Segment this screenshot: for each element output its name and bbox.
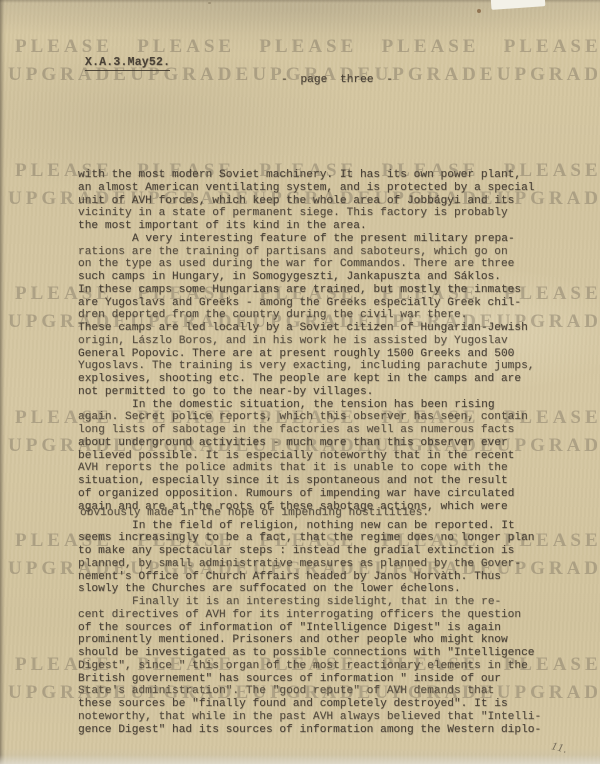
- text-line: planned, by small administrative measure…: [78, 558, 564, 571]
- text-line: British governement" has sources of info…: [78, 673, 564, 686]
- watermark-word: UPGRADE: [497, 64, 600, 86]
- text-line: rations are the training of partisans an…: [78, 246, 564, 259]
- paper-stain: [477, 9, 481, 13]
- text-line: nement's Office of Church Affairs headed…: [78, 571, 564, 584]
- document-reference: X.A.3.May52.: [85, 56, 170, 71]
- text-line: dren deported from the country during th…: [78, 309, 564, 322]
- watermark-word: PLEASE: [15, 36, 137, 58]
- text-line: explosives, shooting etc. The people are…: [78, 373, 564, 386]
- page-number-label: - page three -: [281, 74, 393, 86]
- text-line: on the type as used during the war for C…: [78, 258, 564, 271]
- text-line: not permitted to go to the near-by villa…: [78, 386, 564, 399]
- watermark-row: PLEASEPLEASEPLEASEPLEASEPLEASE: [15, 36, 600, 58]
- handwritten-annotation: 11.: [550, 741, 568, 756]
- text-line: the most important of its kind in the ar…: [78, 220, 564, 233]
- text-line: should be investigated as to possible co…: [78, 647, 564, 660]
- text-line: believed possible. It is especially note…: [78, 450, 564, 463]
- scanned-document-page: PLEASEPLEASEPLEASEPLEASEPLEASEUPGRADEUPG…: [0, 0, 600, 764]
- text-line: Finally it is an interesting sidelight, …: [78, 596, 564, 609]
- text-line: vicinity in a state of permanent siege. …: [78, 207, 564, 220]
- text-line: prominently mentioned. Prisoners and oth…: [78, 634, 564, 647]
- text-line: long lists of sabotage in the factories …: [78, 424, 564, 437]
- text-line: of organized opposition. Rumours of impe…: [78, 488, 564, 501]
- text-line: such camps in Hungary, in Somogygeszti, …: [78, 271, 564, 284]
- text-line: to make any spectacular steps : instead …: [78, 545, 564, 558]
- text-line: These camps are led locally by a Soviet …: [78, 322, 564, 335]
- text-line: an almost American ventilating system, a…: [78, 182, 564, 195]
- page-edge-bottom: [0, 755, 600, 764]
- text-line: are Yugoslavs and Greeks - among the Gre…: [78, 297, 564, 310]
- text-line: AVH reports the police admits that it is…: [78, 462, 564, 475]
- page-edge-left: [0, 0, 5, 764]
- text-line: seems increasingly to be a fact, that th…: [78, 532, 564, 545]
- text-line: again. Secret police reports, which this…: [78, 411, 564, 424]
- text-line: noteworthy, that while in the past AVH a…: [78, 711, 564, 724]
- text-line: situation, especially since it is sponta…: [78, 475, 564, 488]
- watermark-word: PLEASE: [504, 36, 600, 58]
- text-line: Digest", since " this organ of the most …: [78, 660, 564, 673]
- watermark-word: PLEASE: [382, 36, 504, 58]
- text-line: with the most modern Soviet machinery. I…: [78, 169, 564, 182]
- watermark-word: PLEASE: [137, 36, 259, 58]
- text-line: origin, Lászlo Boros, and in his work he…: [78, 335, 564, 348]
- watermark-word: PLEASE: [259, 36, 381, 58]
- text-line: these sources be "finally found and comp…: [78, 698, 564, 711]
- text-line: In the field of religion, nothing new ca…: [78, 520, 564, 533]
- text-line: A very interesting feature of the presen…: [78, 233, 564, 246]
- text-line: In the domestic situation, the tension h…: [78, 399, 564, 412]
- typewritten-text: with the most modern Soviet machinery. I…: [78, 169, 564, 736]
- text-line: slowly the Churches are suffocated on th…: [78, 583, 564, 596]
- paper-stain: [208, 2, 211, 4]
- text-line: of the sources of information of "Intell…: [78, 622, 564, 635]
- text-line: obviously made in the hope of impending …: [80, 507, 564, 520]
- paper-tear-notch: [491, 0, 546, 10]
- text-line: General Popovic. There are at present ro…: [78, 348, 564, 361]
- text-line: unit of AVH forces, which keep the whole…: [78, 195, 564, 208]
- text-line: about underground activities - much more…: [78, 437, 564, 450]
- text-line: gence Digest" had its sources of informa…: [78, 724, 564, 737]
- text-line: Yugoslavs. The training is very exacting…: [78, 360, 564, 373]
- text-line: State's administration". The "good reput…: [78, 685, 564, 698]
- text-line: In these camps some Hungarians are train…: [78, 284, 564, 297]
- text-line: cent directives of AVH for its interroga…: [78, 609, 564, 622]
